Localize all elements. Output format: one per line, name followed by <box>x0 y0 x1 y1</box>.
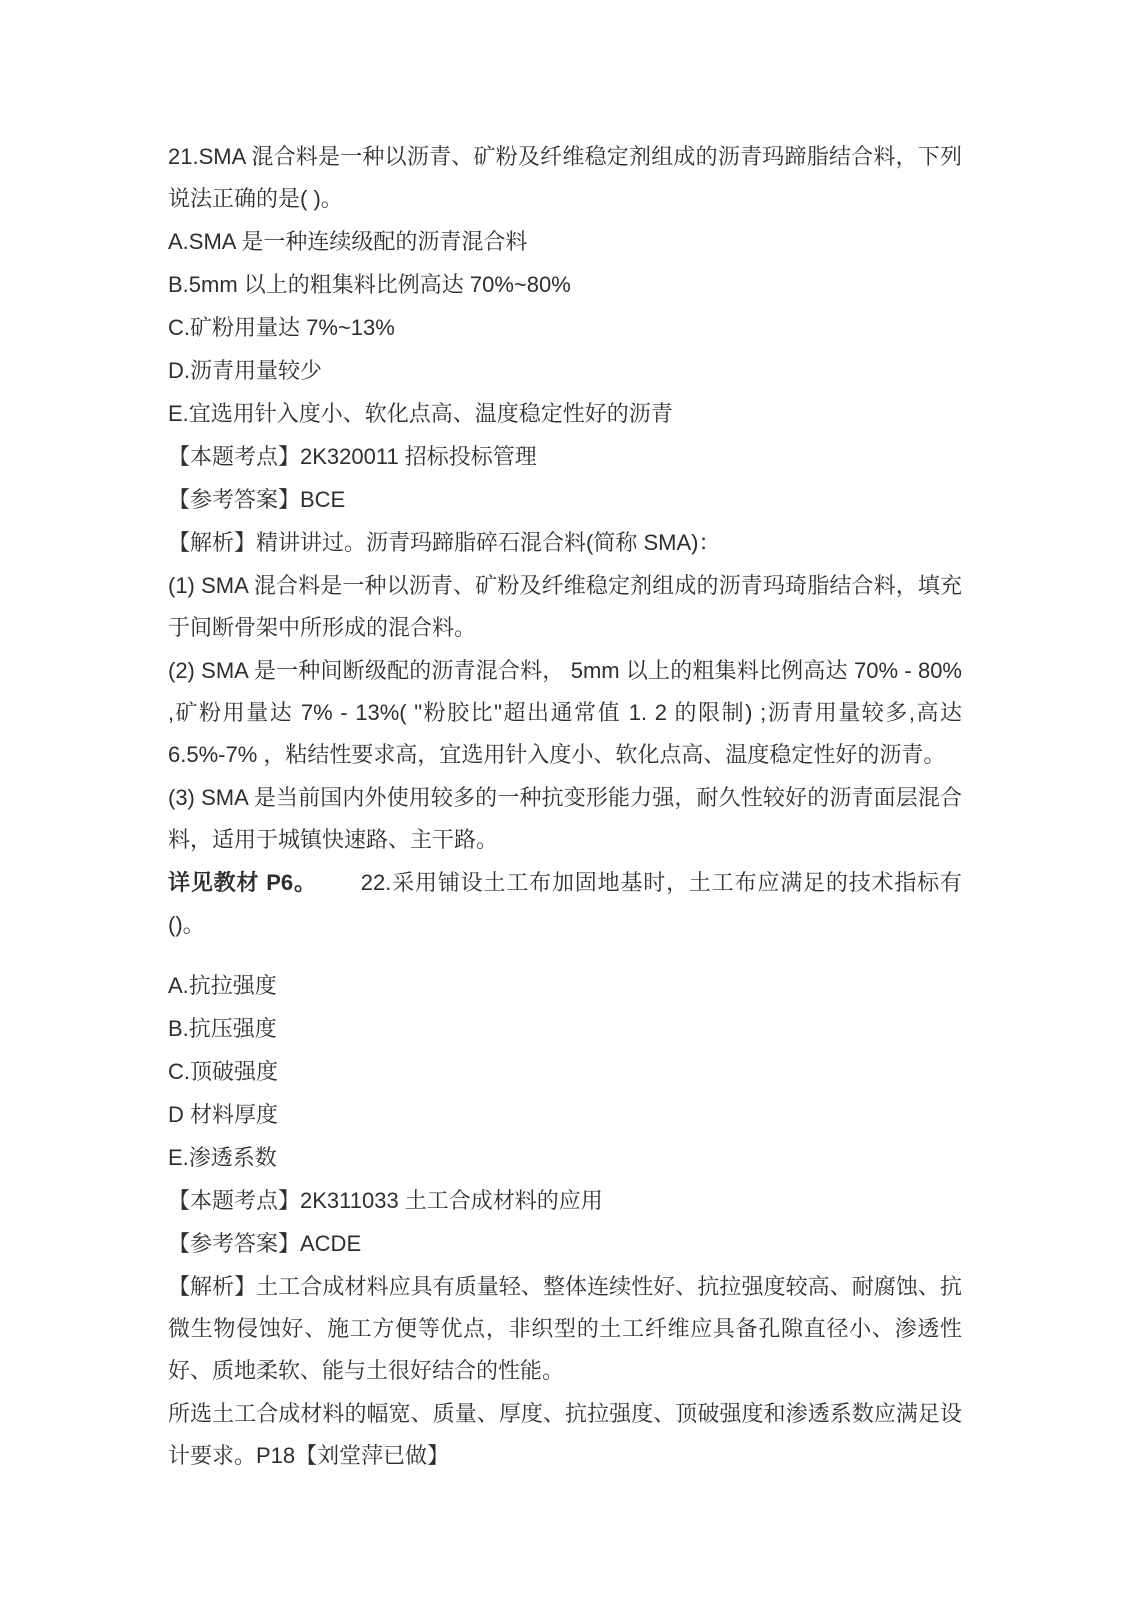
question-22-exam-point: 【本题考点】2K311033 土工合成材料的应用 <box>168 1180 962 1222</box>
document-page: 21.SMA 混合料是一种以沥青、矿粉及纤维稳定剂组成的沥青玛蹄脂结合料，下列说… <box>0 0 1131 1600</box>
question-21-analysis-intro: 【解析】精讲讲过。沥青玛蹄脂碎石混合料(简称 SMA)： <box>168 522 962 564</box>
question-22-answer: 【参考答案】ACDE <box>168 1223 962 1265</box>
question-21-option-c: C.矿粉用量达 7%~13% <box>168 307 962 349</box>
question-22: 详见教材 P6。22.采用铺设土工布加固地基时，土工布应满足的技术指标有()。 … <box>168 862 962 1477</box>
question-21-analysis-item-1: (1) SMA 混合料是一种以沥青、矿粉及纤维稳定剂组成的沥青玛琦脂结合料，填充… <box>168 565 962 649</box>
question-22-analysis-item-1: 【解析】土工合成材料应具有质量轻、整体连续性好、抗拉强度较高、耐腐蚀、抗微生物侵… <box>168 1266 962 1392</box>
question-21-analysis-item-3: (3) SMA 是当前国内外使用较多的一种抗变形能力强，耐久性较好的沥青面层混合… <box>168 777 962 861</box>
question-21-stem: 21.SMA 混合料是一种以沥青、矿粉及纤维稳定剂组成的沥青玛蹄脂结合料，下列说… <box>168 136 962 220</box>
question-22-option-e: E.渗透系数 <box>168 1137 962 1179</box>
question-22-option-d: D 材料厚度 <box>168 1094 962 1136</box>
question-21-answer: 【参考答案】BCE <box>168 479 962 521</box>
question-21-analysis-item-2: (2) SMA 是一种间断级配的沥青混合料， 5mm 以上的粗集料比例高达 70… <box>168 650 962 776</box>
question-22-option-c: C.顶破强度 <box>168 1051 962 1093</box>
question-21-option-b: B.5mm 以上的粗集料比例高达 70%~80% <box>168 264 962 306</box>
textbook-ref-note: 详见教材 P6。 <box>168 870 317 895</box>
question-22-header-line: 详见教材 P6。22.采用铺设土工布加固地基时，土工布应满足的技术指标有()。 <box>168 862 962 946</box>
question-21-option-d: D.沥青用量较少 <box>168 350 962 392</box>
question-21: 21.SMA 混合料是一种以沥青、矿粉及纤维稳定剂组成的沥青玛蹄脂结合料，下列说… <box>168 136 962 861</box>
question-21-option-a: A.SMA 是一种连续级配的沥青混合料 <box>168 221 962 263</box>
question-21-option-e: E.宜选用针入度小、软化点高、温度稳定性好的沥青 <box>168 393 962 435</box>
question-22-analysis-item-2: 所选土工合成材料的幅宽、质量、厚度、抗拉强度、顶破强度和渗透系数应满足设计要求。… <box>168 1393 962 1477</box>
question-22-option-a: A.抗拉强度 <box>168 965 962 1007</box>
question-21-exam-point: 【本题考点】2K320011 招标投标管理 <box>168 436 962 478</box>
question-22-option-b: B.抗压强度 <box>168 1008 962 1050</box>
